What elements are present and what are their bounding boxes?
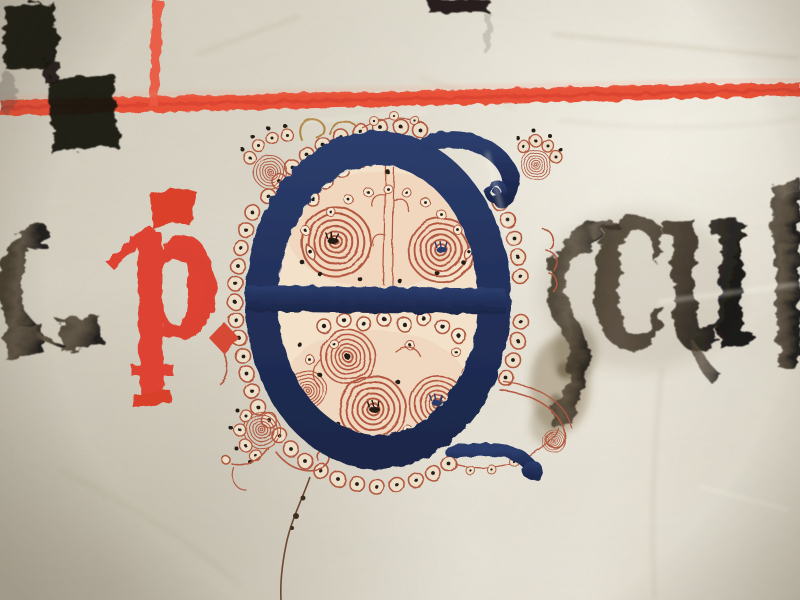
manuscript-photo: cu <box>0 0 800 600</box>
photo-vignette <box>0 0 800 600</box>
manuscript-artwork: cu <box>0 0 800 600</box>
